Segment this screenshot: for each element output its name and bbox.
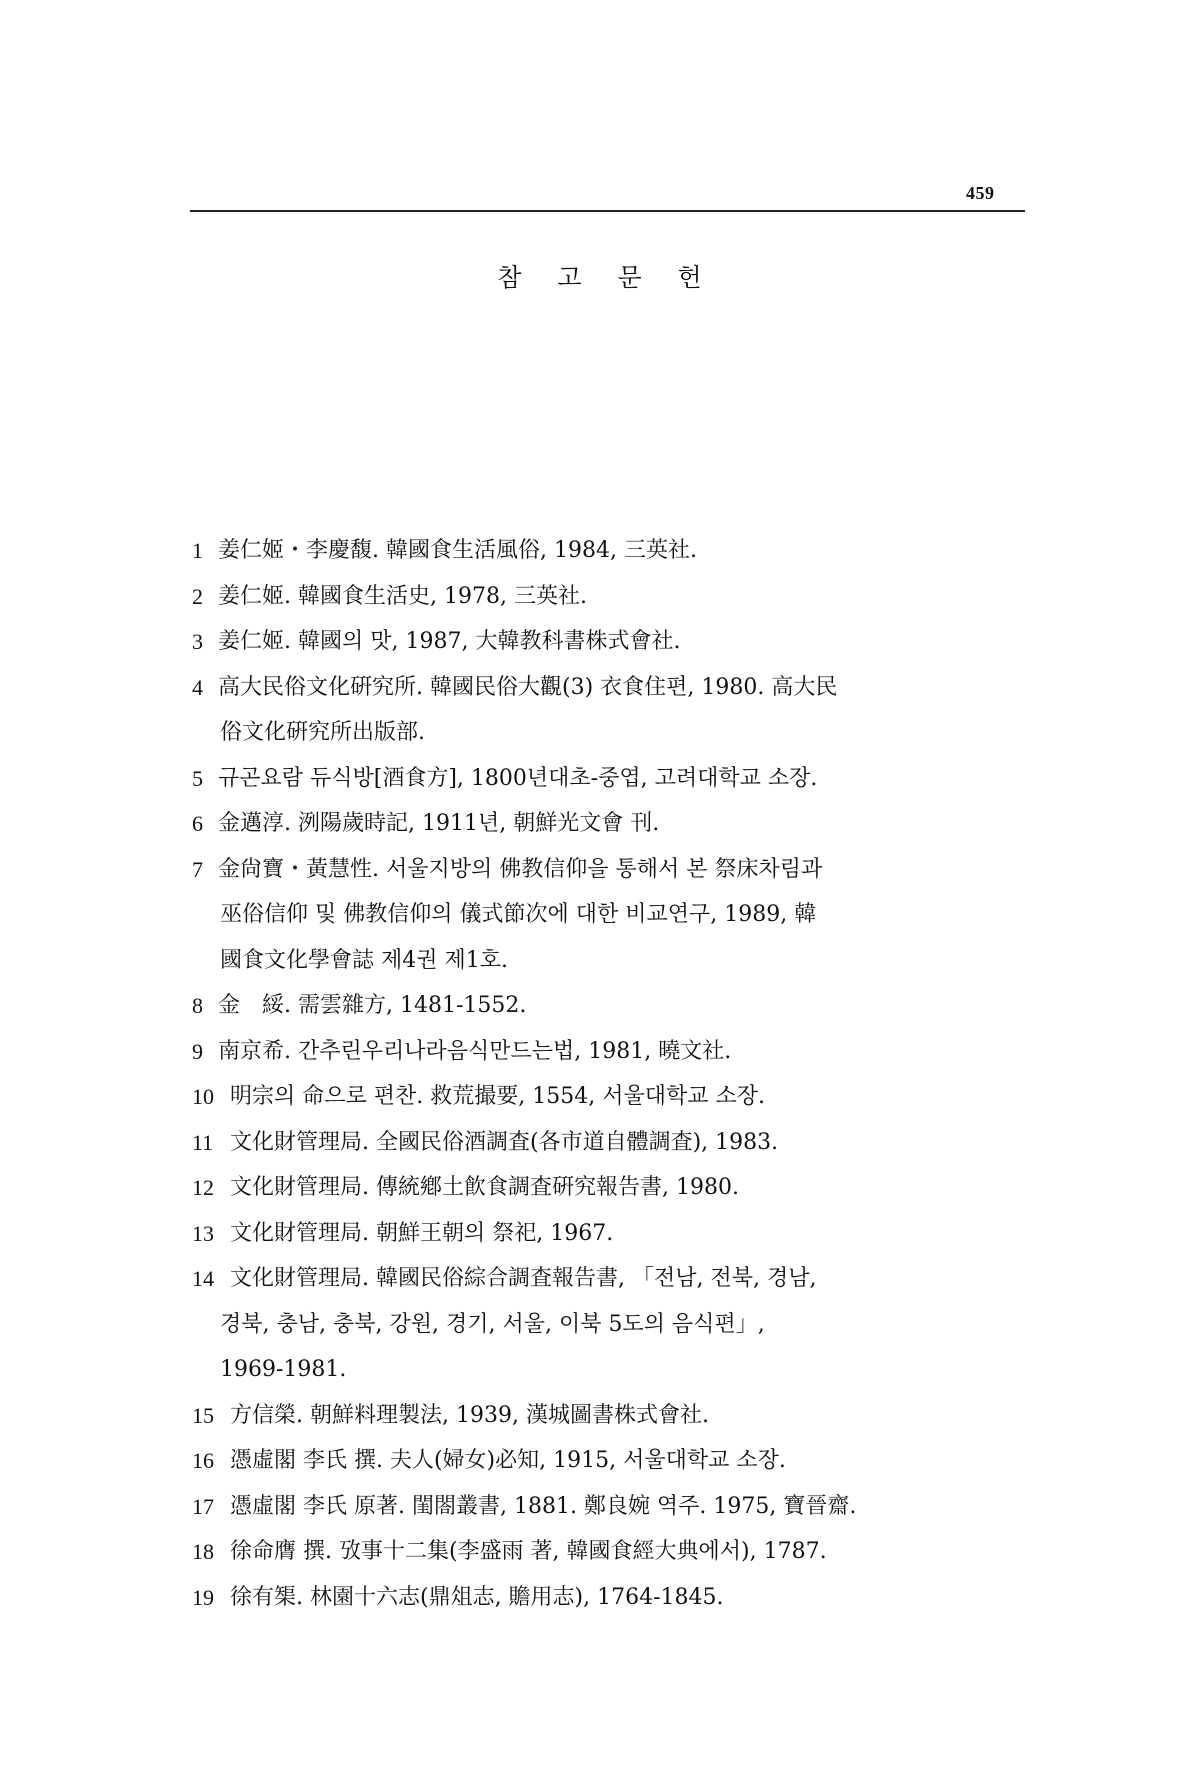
reference-text: 金 綏. 需雲雜方, 1481-1552.	[218, 983, 982, 1029]
reference-continuation: 俗文化硏究所出版部.	[218, 710, 982, 756]
reference-item: 18 徐命膺 撰. 攷事十二集(李盛雨 著, 韓國食經大典에서), 1787.	[192, 1529, 982, 1575]
reference-number: 11	[192, 1120, 213, 1166]
reference-item: 17 憑虛閣 李氏 原著. 閨閤叢書, 1881. 鄭良婉 역주. 1975, …	[192, 1484, 982, 1530]
reference-item: 4 高大民俗文化硏究所. 韓國民俗大觀(3) 衣食住편, 1980. 高大民 俗…	[192, 665, 982, 756]
reference-number: 7	[192, 847, 203, 893]
reference-text: 憑虛閣 李氏 原著. 閨閤叢書, 1881. 鄭良婉 역주. 1975, 寶晉齋…	[230, 1484, 982, 1530]
reference-text: 徐有榘. 林園十六志(鼎俎志, 贍用志), 1764-1845.	[230, 1575, 982, 1621]
reference-item: 2 姜仁姬. 韓國食生活史, 1978, 三英社.	[192, 574, 982, 620]
reference-text: 文化財管理局. 朝鮮王朝의 祭祀, 1967.	[230, 1211, 982, 1257]
reference-item: 14 文化財管理局. 韓國民俗綜合調査報告書, 「전남, 전북, 경남, 경북,…	[192, 1256, 982, 1393]
reference-number: 10	[192, 1074, 214, 1120]
reference-number: 16	[192, 1438, 214, 1484]
reference-text: 규곤요람 듀식방[酒食方], 1800년대초-중엽, 고려대학교 소장.	[218, 756, 982, 802]
reference-text: 高大民俗文化硏究所. 韓國民俗大觀(3) 衣食住편, 1980. 高大民	[218, 665, 982, 711]
reference-item: 1 姜仁姬・李慶馥. 韓國食生活風俗, 1984, 三英社.	[192, 528, 982, 574]
reference-item: 9 南京希. 간추린우리나라음식만드는법, 1981, 曉文社.	[192, 1029, 982, 1075]
reference-number: 17	[192, 1484, 214, 1530]
reference-number: 12	[192, 1165, 214, 1211]
reference-number: 9	[192, 1029, 203, 1075]
reference-text: 姜仁姬・李慶馥. 韓國食生活風俗, 1984, 三英社.	[218, 528, 982, 574]
reference-number: 3	[192, 619, 203, 665]
reference-number: 14	[192, 1256, 214, 1302]
reference-number: 1	[192, 528, 203, 574]
page-title: 참 고 문 헌	[0, 258, 1193, 294]
reference-item: 16 憑虛閣 李氏 撰. 夫人(婦女)必知, 1915, 서울대학교 소장.	[192, 1438, 982, 1484]
reference-text: 南京希. 간추린우리나라음식만드는법, 1981, 曉文社.	[218, 1029, 982, 1075]
reference-continuation: 1969-1981.	[218, 1347, 982, 1393]
reference-number: 13	[192, 1211, 214, 1257]
reference-number: 2	[192, 574, 203, 620]
reference-text: 憑虛閣 李氏 撰. 夫人(婦女)必知, 1915, 서울대학교 소장.	[230, 1438, 982, 1484]
reference-item: 5 규곤요람 듀식방[酒食方], 1800년대초-중엽, 고려대학교 소장.	[192, 756, 982, 802]
reference-text: 金尙寶・黃慧性. 서울지방의 佛教信仰을 통해서 본 祭床차림과	[218, 847, 982, 893]
reference-item: 12 文化財管理局. 傳統鄕土飮食調査硏究報告書, 1980.	[192, 1165, 982, 1211]
reference-continuation: 巫俗信仰 및 佛教信仰의 儀式節次에 대한 비교연구, 1989, 韓	[218, 892, 982, 938]
reference-text: 文化財管理局. 傳統鄕土飮食調査硏究報告書, 1980.	[230, 1165, 982, 1211]
reference-item: 6 金邁淳. 洌陽歲時記, 1911년, 朝鮮光文會 刊.	[192, 801, 982, 847]
reference-item: 10 明宗의 命으로 편찬. 救荒撮要, 1554, 서울대학교 소장.	[192, 1074, 982, 1120]
reference-text: 明宗의 命으로 편찬. 救荒撮要, 1554, 서울대학교 소장.	[230, 1074, 982, 1120]
reference-text: 文化財管理局. 韓國民俗綜合調査報告書, 「전남, 전북, 경남,	[230, 1256, 982, 1302]
reference-item: 15 方信榮. 朝鮮料理製法, 1939, 漢城圖書株式會社.	[192, 1393, 982, 1439]
reference-item: 11 文化財管理局. 全國民俗酒調査(各市道自體調査), 1983.	[192, 1120, 982, 1166]
reference-text: 姜仁姬. 韓國의 맛, 1987, 大韓教科書株式會社.	[218, 619, 982, 665]
reference-number: 8	[192, 983, 203, 1029]
reference-number: 15	[192, 1393, 214, 1439]
reference-item: 13 文化財管理局. 朝鮮王朝의 祭祀, 1967.	[192, 1211, 982, 1257]
reference-continuation: 경북, 충남, 충북, 강원, 경기, 서울, 이북 5도의 음식편」,	[218, 1302, 982, 1348]
reference-number: 6	[192, 801, 203, 847]
reference-text: 徐命膺 撰. 攷事十二集(李盛雨 著, 韓國食經大典에서), 1787.	[230, 1529, 982, 1575]
reference-text: 金邁淳. 洌陽歲時記, 1911년, 朝鮮光文會 刊.	[218, 801, 982, 847]
reference-number: 18	[192, 1529, 214, 1575]
header-rule	[190, 210, 1025, 212]
reference-text: 文化財管理局. 全國民俗酒調査(各市道自體調査), 1983.	[230, 1120, 982, 1166]
reference-continuation: 國食文化學會誌 제4권 제1호.	[218, 938, 982, 984]
page-number: 459	[966, 183, 995, 204]
reference-item: 8 金 綏. 需雲雜方, 1481-1552.	[192, 983, 982, 1029]
reference-list: 1 姜仁姬・李慶馥. 韓國食生活風俗, 1984, 三英社. 2 姜仁姬. 韓國…	[192, 528, 982, 1620]
reference-item: 3 姜仁姬. 韓國의 맛, 1987, 大韓教科書株式會社.	[192, 619, 982, 665]
reference-item: 19 徐有榘. 林園十六志(鼎俎志, 贍用志), 1764-1845.	[192, 1575, 982, 1621]
reference-item: 7 金尙寶・黃慧性. 서울지방의 佛教信仰을 통해서 본 祭床차림과 巫俗信仰 …	[192, 847, 982, 984]
reference-number: 5	[192, 756, 203, 802]
reference-number: 4	[192, 665, 203, 711]
reference-text: 姜仁姬. 韓國食生活史, 1978, 三英社.	[218, 574, 982, 620]
reference-text: 方信榮. 朝鮮料理製法, 1939, 漢城圖書株式會社.	[230, 1393, 982, 1439]
reference-number: 19	[192, 1575, 214, 1621]
